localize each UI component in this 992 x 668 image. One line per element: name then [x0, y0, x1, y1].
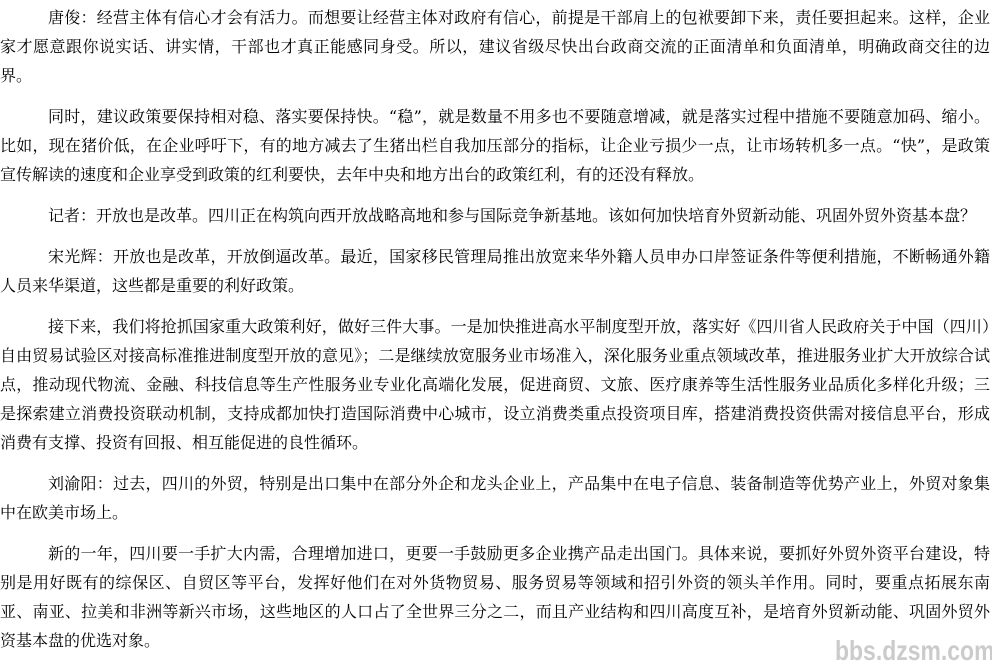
paragraph-liuyuyang-answer: 刘渝阳：过去，四川的外贸，特别是出口集中在部分外企和龙头企业上，产品集中在电子信…: [0, 469, 990, 527]
paragraph-three-tasks: 接下来，我们将抢抓国家重大政策利好，做好三件大事。一是加快推进高水平制度型开放，…: [0, 312, 990, 457]
paragraph-policy-stable-fast: 同时，建议政策要保持相对稳、落实要保持快。“稳”，就是数量不用多也不要随意增减，…: [0, 102, 990, 189]
site-watermark: bbs.dzsm.com: [835, 637, 992, 665]
paragraph-tangjun-answer: 唐俊：经营主体有信心才会有活力。而想要让经营主体对政府有信心，前提是干部肩上的包…: [0, 3, 990, 90]
paragraph-songguanghui-answer: 宋光辉：开放也是改革，开放倒逼改革。最近，国家移民管理局推出放宽来华外籍人员申办…: [0, 242, 990, 300]
article-body: 唐俊：经营主体有信心才会有活力。而想要让经营主体对政府有信心，前提是干部肩上的包…: [0, 0, 992, 655]
paragraph-reporter-question: 记者：开放也是改革。四川正在构筑向西开放战略高地和参与国际竞争新基地。该如何加快…: [0, 201, 990, 230]
